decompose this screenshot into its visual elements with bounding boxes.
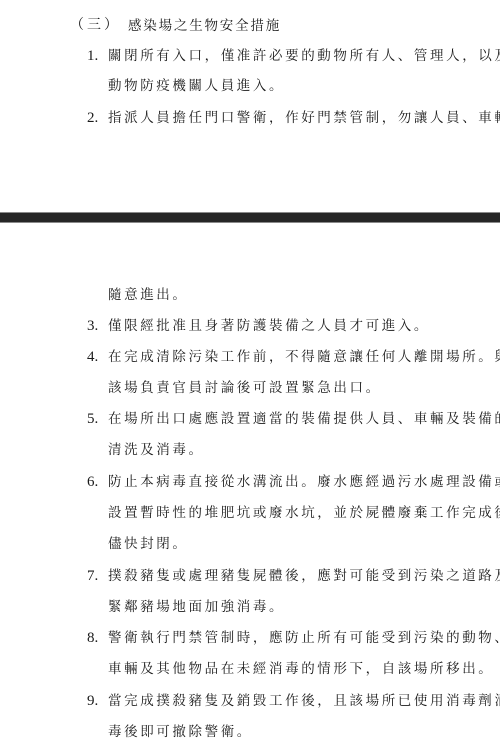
item-text: 警衛執行門禁管制時，應防止所有可能受到污染的動物、 — [108, 629, 500, 647]
item-number: 9. — [87, 692, 98, 710]
section-number: （三） — [70, 14, 121, 34]
item-text-continued: 緊鄰豬場地面加強消毒。 — [108, 598, 285, 616]
item-text: 防止本病毒直接從水溝流出。廢水應經過污水處理設備或 — [108, 473, 500, 491]
item-text-continued: 該場負責官員討論後可設置緊急出口。 — [108, 379, 382, 397]
item-text-continued: 動物防疫機關人員進入。 — [108, 77, 285, 95]
item-text: 在完成清除污染工作前，不得隨意讓任何人離開場所。與 — [108, 348, 500, 366]
item-text: 在場所出口處應設置適當的裝備提供人員、車輛及裝備的 — [108, 410, 500, 428]
item-text: 指派人員擔任門口警衛，作好門禁管制，勿讓人員、車輛 — [108, 109, 500, 127]
item-number: 1. — [87, 47, 98, 65]
item-number: 4. — [87, 348, 98, 366]
item-text-continued: 設置暫時性的堆肥坑或廢水坑，並於屍體廢棄工作完成後 — [108, 504, 500, 522]
item-number: 6. — [87, 473, 98, 491]
item-text-continued: 儘快封閉。 — [108, 535, 189, 553]
section-title: 感染場之生物安全措施 — [128, 14, 281, 34]
item-text-continued: 清洗及消毒。 — [108, 441, 205, 459]
document-page-lower: 隨意進出。 3. 僅限經批准且身著防護裝備之人員才可進入。 4. 在完成清除污染… — [0, 223, 500, 753]
item-text: 關閉所有入口，僅准許必要的動物所有人、管理人，以及 — [108, 47, 500, 65]
item-number: 2. — [87, 109, 98, 127]
item-text: 僅限經批准且身著防護裝備之人員才可進入。 — [108, 317, 430, 335]
item-number: 3. — [87, 317, 98, 335]
item-text-continued: 隨意進出。 — [108, 286, 189, 304]
item-number: 7. — [87, 567, 98, 585]
item-number: 8. — [87, 629, 98, 647]
item-number: 5. — [87, 410, 98, 428]
item-text: 撲殺豬隻或處理豬隻屍體後，應對可能受到污染之道路及 — [108, 567, 500, 585]
page-break-divider — [0, 212, 500, 223]
item-text: 當完成撲殺豬隻及銷毀工作後，且該場所已使用消毒劑消 — [108, 692, 500, 710]
document-page-upper: （三） 感染場之生物安全措施 1. 關閉所有入口，僅准許必要的動物所有人、管理人… — [0, 0, 500, 213]
item-text-continued: 車輛及其他物品在未經消毒的情形下，自該場所移出。 — [108, 660, 494, 678]
item-text-continued: 毒後即可撤除警衛。 — [108, 723, 253, 741]
